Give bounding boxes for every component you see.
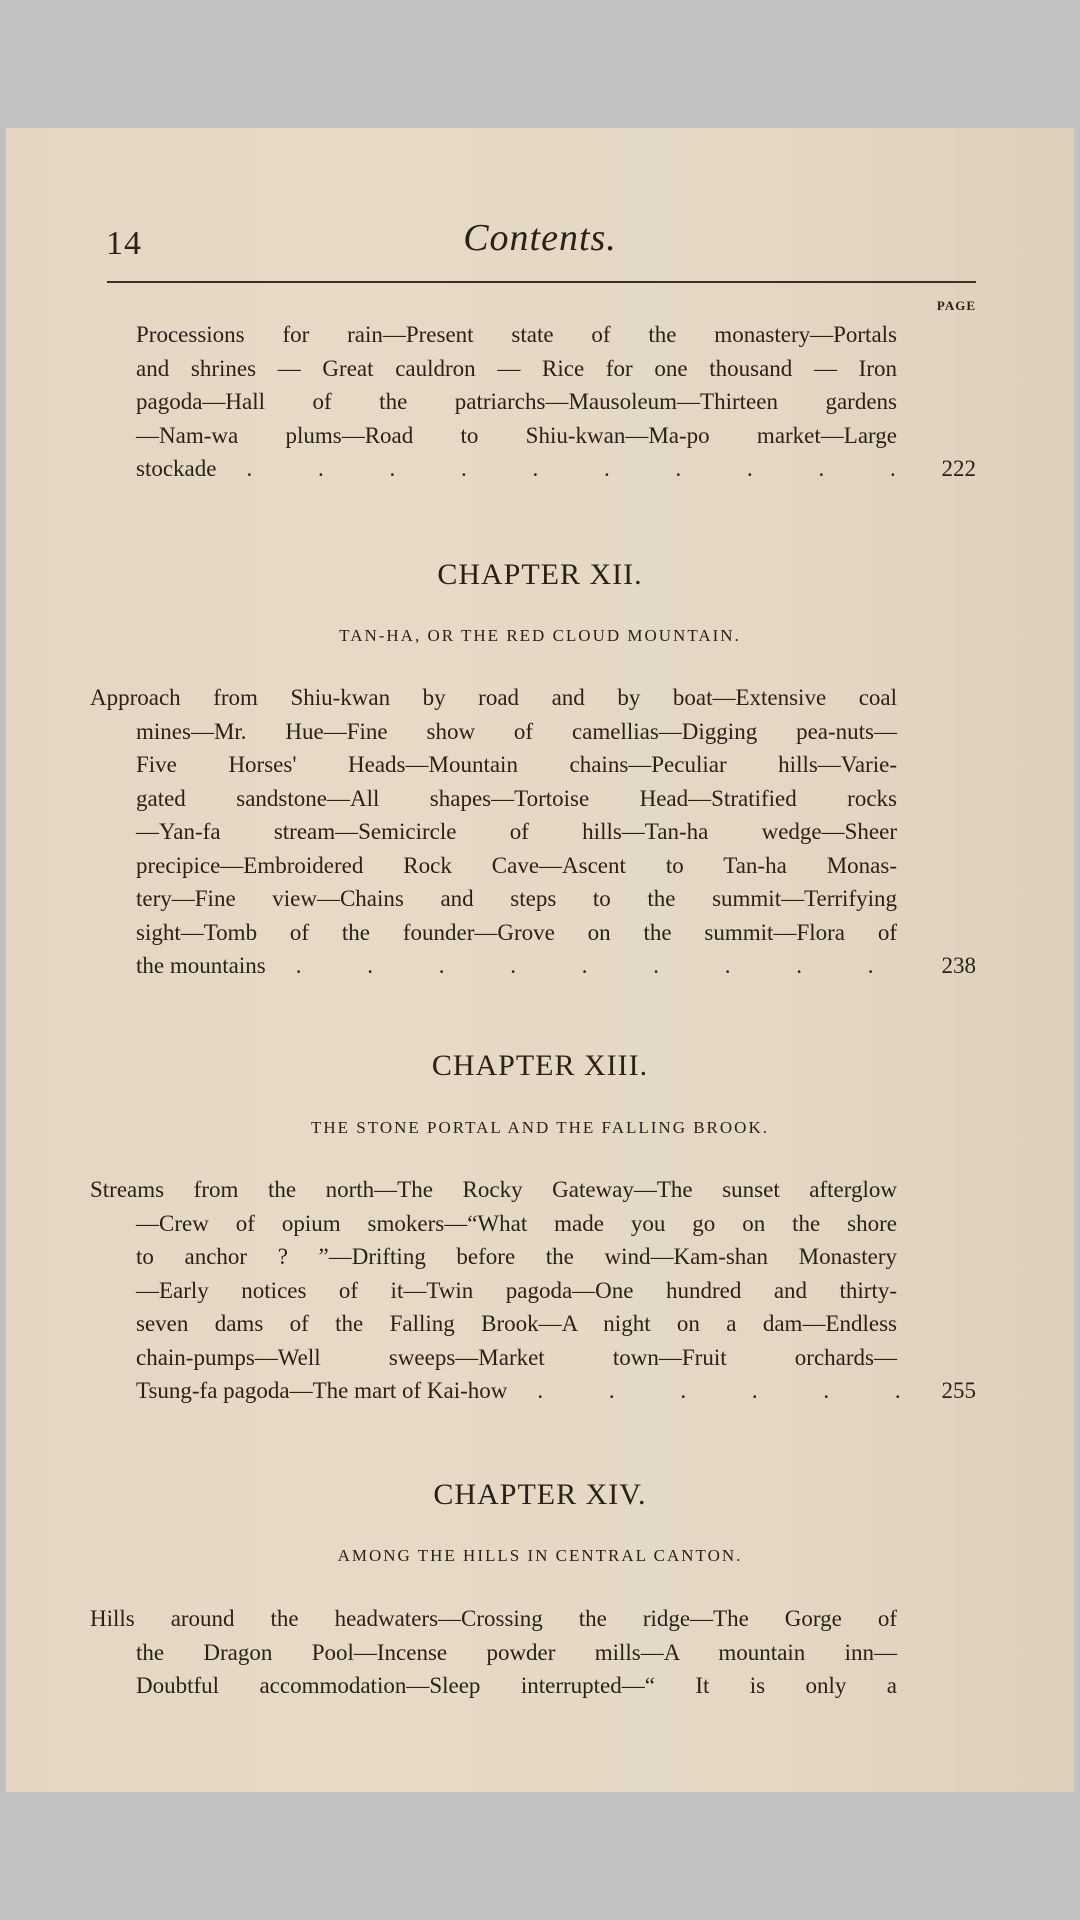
entry-line: —Crew of opium smokers—“What made you go… [90,1207,976,1241]
toc-entry-chapter-xii: Approach from Shiu-kwan by road and by b… [90,681,976,983]
entry-line: and shrines — Great cauldron — Rice for … [90,352,976,386]
entry-line: Five Horses' Heads—Mountain chains—Pecul… [90,748,976,782]
entry-line: precipice—Embroidered Rock Cave—Ascent t… [90,849,976,883]
entry-line: gated sandstone—All shapes—Tortoise Head… [90,782,976,816]
toc-entry-chapter-xiv: Hills around the headwaters—Crossing the… [90,1602,976,1703]
page-column-label: PAGE [937,298,976,314]
entry-line: chain-pumps—Well sweeps—Market town—Frui… [90,1341,976,1375]
toc-page-number[interactable]: 255 [916,1374,976,1408]
book-page: 14 Contents. PAGE Processions for rain—P… [6,128,1074,1792]
chapter-heading-xii: CHAPTER XII. [6,558,1074,592]
entry-line: —Early notices of it—Twin pagoda—One hun… [90,1274,976,1308]
entry-line: Doubtful accommodation—Sleep interrupted… [90,1669,976,1703]
toc-entry-chapter-xi-continued: Processions for rain—Present state of th… [90,318,976,486]
dot-leader: . . . . . . . . . . . . . . [507,1374,916,1408]
chapter-subtitle-xii: TAN-HA, OR THE RED CLOUD MOUNTAIN. [6,626,1074,646]
entry-line: the Dragon Pool—Incense powder mills—A m… [90,1636,976,1670]
chapter-heading-xiv: CHAPTER XIV. [6,1478,1074,1512]
entry-last-line: stockade . . . . . . . . . . . . . . 222 [90,452,976,486]
entry-first-line: Streams from the north—The Rocky Gateway… [90,1173,976,1207]
header-rule [107,281,976,283]
entry-line: mines—Mr. Hue—Fine show of camellias—Dig… [90,715,976,749]
entry-line: sight—Tomb of the founder—Grove on the s… [90,916,976,950]
dot-leader: . . . . . . . . . . . . . . [266,949,916,983]
entry-line: —Yan-fa stream—Semicircle of hills—Tan-h… [90,815,976,849]
dot-leader: . . . . . . . . . . . . . . [216,452,916,486]
toc-page-number[interactable]: 238 [916,949,976,983]
entry-first-line: Approach from Shiu-kwan by road and by b… [90,681,976,715]
entry-line: —Nam-wa plums—Road to Shiu-kwan—Ma-po ma… [90,419,976,453]
entry-first-line: Hills around the headwaters—Crossing the… [90,1602,976,1636]
entry-last-line: Tsung-fa pagoda—The mart of Kai-how . . … [90,1374,976,1408]
running-title: Contents. [6,216,1074,260]
chapter-subtitle-xiv: AMONG THE HILLS IN CENTRAL CANTON. [6,1546,1074,1566]
toc-page-number[interactable]: 222 [916,452,976,486]
entry-last-line: the mountains . . . . . . . . . . . . . … [90,949,976,983]
entry-line: tery—Fine view—Chains and steps to the s… [90,882,976,916]
entry-line: Processions for rain—Present state of th… [90,318,976,352]
entry-line: seven dams of the Falling Brook—A night … [90,1307,976,1341]
entry-line: pagoda—Hall of the patriarchs—Mausoleum—… [90,385,976,419]
entry-line: to anchor ? ”—Drifting before the wind—K… [90,1240,976,1274]
chapter-subtitle-xiii: THE STONE PORTAL AND THE FALLING BROOK. [6,1118,1074,1138]
chapter-heading-xiii: CHAPTER XIII. [6,1049,1074,1083]
toc-entry-chapter-xiii: Streams from the north—The Rocky Gateway… [90,1173,976,1408]
